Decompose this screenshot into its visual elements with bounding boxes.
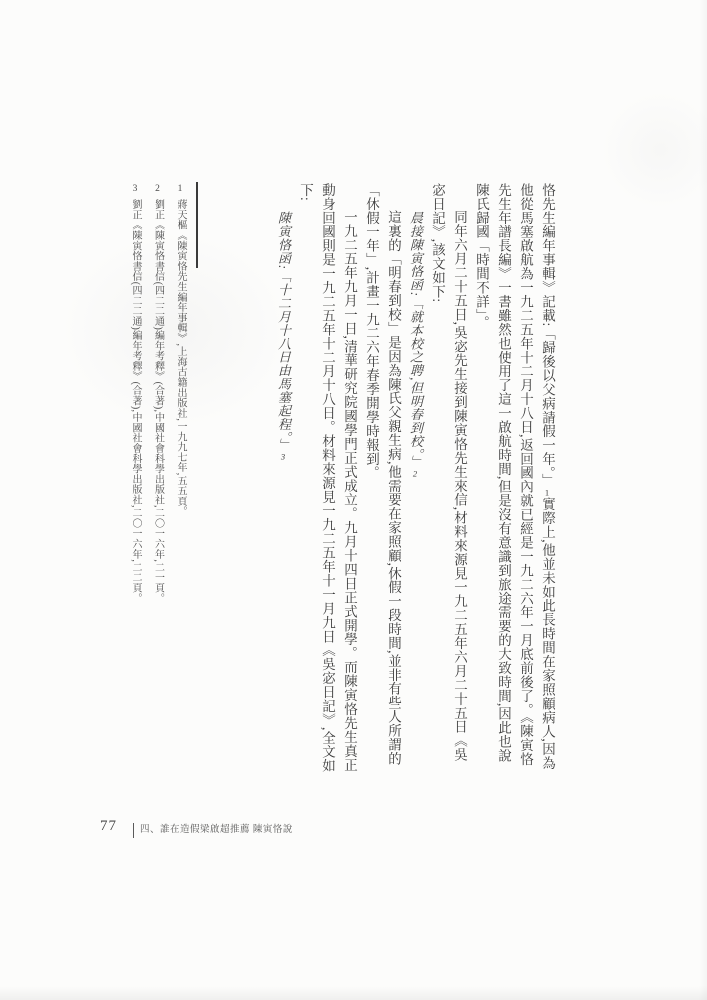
footnote-2-number: 2 (153, 184, 163, 194)
footnotes-block: 1蔣天樞《陳寅恪先生編年事輯》,上海古籍出版社,一九九七年,五五頁。 2劉正《陳… (124, 184, 192, 636)
footnote-ref-3: 3 (278, 451, 288, 461)
scan-smudge (600, 90, 707, 210)
running-title: 四、誰在造假梁啟超推薦 陳寅恪說 (133, 823, 293, 838)
scan-edge-shadow (699, 0, 707, 1000)
footnote-separator-rule (196, 182, 198, 268)
footnote-ref-1: 1 (542, 487, 552, 497)
book-page: 恪先生編年事輯》記載:「歸後以父病請假一年。」1實際上,他並未如此長時間在家照顧… (0, 0, 707, 1000)
quote-paragraph-2: 陳寅恪函:「十二月十八日由馬塞起程。」3 (272, 183, 294, 775)
footnote-1-number: 1 (175, 184, 185, 194)
quote-2-text: 陳寅恪函:「十二月十八日由馬塞起程。」 (276, 211, 291, 451)
paragraph-1-text-a: 恪先生編年事輯》記載:「歸後以父病請假一年。」 (540, 183, 555, 487)
scan-edge-shadow (0, 986, 707, 1000)
footnote-3-number: 3 (130, 184, 140, 194)
footnote-2-text: 劉正《陳寅恪書信(四二二通)編年考釋》(合著),中國社會科學出版社,二〇一六年,… (153, 199, 164, 603)
footnote-ref-2: 2 (410, 469, 420, 479)
quote-paragraph-1: 晨接陳寅恪函:「就本校之聘,但明春到校。」2 (404, 183, 426, 775)
paragraph-3: 這裏的「明春到校」是因為陳氏父親生病,他需要在家照顧,休假一段時間,並非有些人所… (360, 183, 404, 775)
main-text-block: 恪先生編年事輯》記載:「歸後以父病請假一年。」1實際上,他並未如此長時間在家照顧… (272, 183, 558, 775)
footnote-3-text: 劉正《陳寅恪書信(四二二通)編年考釋》(合著),中國社會科學出版社,二〇一六年,… (130, 199, 141, 603)
paragraph-1: 恪先生編年事輯》記載:「歸後以父病請假一年。」1實際上,他並未如此長時間在家照顧… (470, 183, 558, 775)
footnote-1: 1蔣天樞《陳寅恪先生編年事輯》,上海古籍出版社,一九九七年,五五頁。 (169, 184, 192, 636)
page-number: 77 (100, 818, 117, 835)
paragraph-2: 同年六月二十五日,吳宓先生接到陳寅恪先生來信,材料來源見一九二五年六月二十五日《… (426, 183, 470, 775)
quote-1-text: 晨接陳寅恪函:「就本校之聘,但明春到校。」 (408, 211, 423, 469)
footnote-3: 3劉正《陳寅恪書信(四二二通)編年考釋》(合著),中國社會科學出版社,二〇一六年… (124, 184, 147, 636)
footnote-2: 2劉正《陳寅恪書信(四二二通)編年考釋》(合著),中國社會科學出版社,二〇一六年… (146, 184, 169, 636)
paragraph-4: 一九二五年九月一日,清華研究院國學門正式成立。九月十四日正式開學。而陳寅恪先生真… (294, 183, 360, 775)
footnote-1-text: 蔣天樞《陳寅恪先生編年事輯》,上海古籍出版社,一九九七年,五五頁。 (175, 199, 186, 516)
